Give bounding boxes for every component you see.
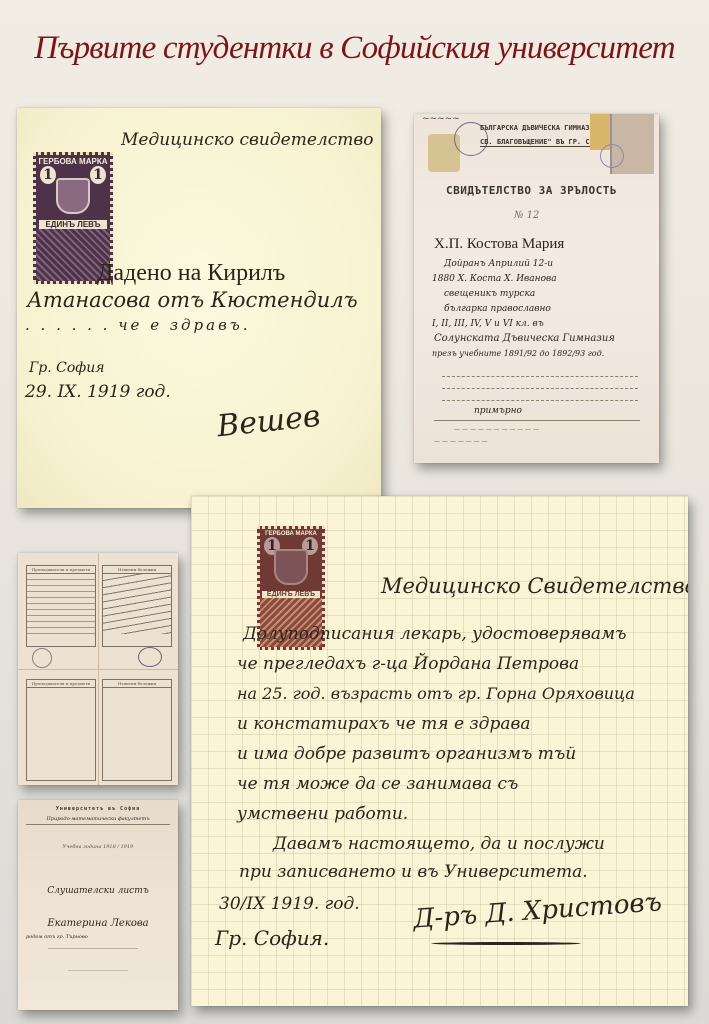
doc-place: Гр. София. <box>215 926 329 950</box>
maturity-certificate: ~~~~~ БЪЛГАРСКА ДЪВИЧЕСКА ГИМНАЗИЯ СВ. Б… <box>414 114 659 463</box>
student-name: Екатерина Лекова <box>18 918 178 929</box>
grades-table-empty-left: Преподаватели и предмети <box>26 679 96 781</box>
signature: Вешев <box>215 399 322 445</box>
seal-icon <box>138 647 162 667</box>
signature: Д-ръ Д. Христовъ <box>412 887 663 934</box>
medical-certificate-gorna-oryahovitsa: ГЕРБОВА МАРКА 1 1 ЕДИНЪ ЛЕВЪ Медицинско … <box>191 496 688 1006</box>
doc-heading: Слушателски листъ <box>18 886 178 896</box>
grades-table-empty-right: Изпитни бележки <box>102 679 172 781</box>
student-sheet: Университетъ въ София Природо-математиче… <box>18 800 178 1010</box>
coat-of-arms-icon <box>56 178 90 214</box>
medical-certificate-kyustendil: Медицинско свидетелство ГЕРБОВА МАРКА 1 … <box>17 108 381 508</box>
grades-table-left: Преподаватели и предмети <box>26 565 96 647</box>
coat-of-arms-icon <box>274 549 308 585</box>
page-title: Първите студентки в Софийския университе… <box>0 30 709 67</box>
student-name: Х.П. Костова Мария <box>434 236 564 253</box>
doc-date: 30/IX 1919. год. <box>219 894 360 914</box>
postmark-icon <box>600 144 624 168</box>
doc-heading: Медицинско Свидетелство. <box>381 574 688 598</box>
signature-flourish <box>431 942 581 945</box>
grade-book: Преподаватели и предмети Изпитни бележки… <box>18 553 178 785</box>
doc-heading: Медицинско свидетелство <box>121 130 374 150</box>
seal-icon <box>32 648 52 668</box>
grades-table-right: Изпитни бележки <box>102 565 172 647</box>
doc-heading: СВИДЪТЕЛСТВО ЗА ЗРЪЛОСТЬ <box>446 184 617 197</box>
